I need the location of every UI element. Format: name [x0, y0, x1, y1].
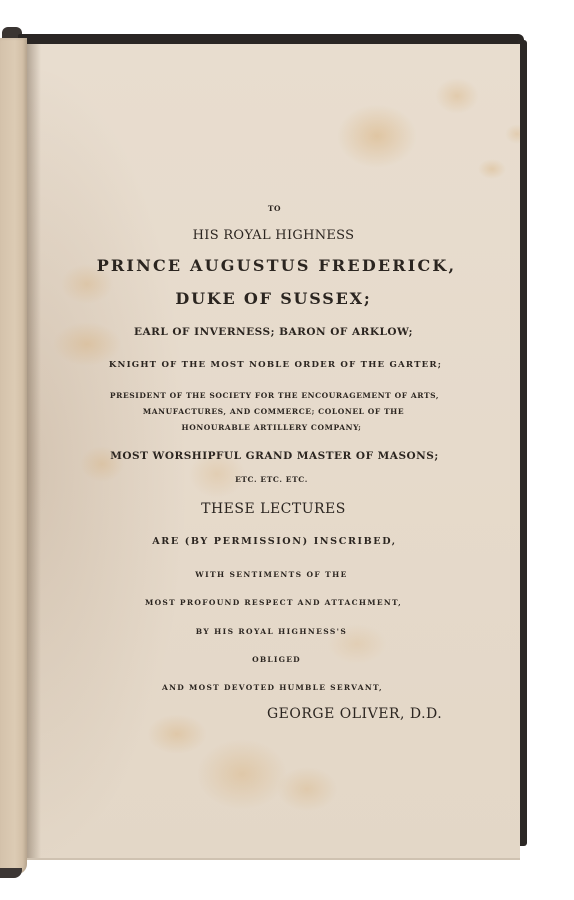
line-etc: ETC. ETC. ETC. — [25, 475, 518, 484]
line-by-his: BY HIS ROYAL HIGHNESS'S — [25, 627, 518, 636]
line-earl-baron: EARL OF INVERNESS; BARON OF ARKLOW; — [27, 326, 520, 338]
line-his-royal-highness: HIS ROYAL HIGHNESS — [27, 228, 520, 243]
line-knight: KNIGHT OF THE MOST NOBLE ORDER OF THE GA… — [29, 360, 522, 370]
line-respect: MOST PROFOUND RESPECT AND ATTACHMENT, — [27, 598, 520, 607]
line-duke: DUKE OF SUSSEX; — [27, 289, 520, 308]
line-these-lectures: THESE LECTURES — [27, 501, 520, 517]
line-inscribed: ARE (BY PERMISSION) INSCRIBED, — [28, 536, 521, 547]
line-president-2: MANUFACTURES, AND COMMERCE; COLONEL OF T… — [27, 407, 520, 416]
line-prince-name: PRINCE AUGUSTUS FREDERICK, — [30, 256, 523, 275]
left-flyleaf — [0, 38, 27, 874]
line-servant: AND MOST DEVOTED HUMBLE SERVANT, — [26, 683, 519, 692]
line-president-1: PRESIDENT OF THE SOCIETY FOR THE ENCOURA… — [28, 391, 521, 400]
page-bottom-edge — [27, 858, 520, 860]
line-grand-master: MOST WORSHIPFUL GRAND MASTER OF MASONS; — [28, 450, 521, 462]
book-photo: TO HIS ROYAL HIGHNESS PRINCE AUGUSTUS FR… — [0, 0, 574, 900]
line-to: TO — [28, 204, 521, 213]
book-cover-bottom-corner — [0, 868, 22, 878]
line-sentiments: WITH SENTIMENTS OF THE — [25, 570, 518, 579]
line-signature: GEORGE OLIVER, D.D. — [137, 706, 467, 722]
line-obliged: OBLIGED — [30, 655, 523, 664]
line-president-3: HONOURABLE ARTILLERY COMPANY; — [25, 423, 518, 432]
